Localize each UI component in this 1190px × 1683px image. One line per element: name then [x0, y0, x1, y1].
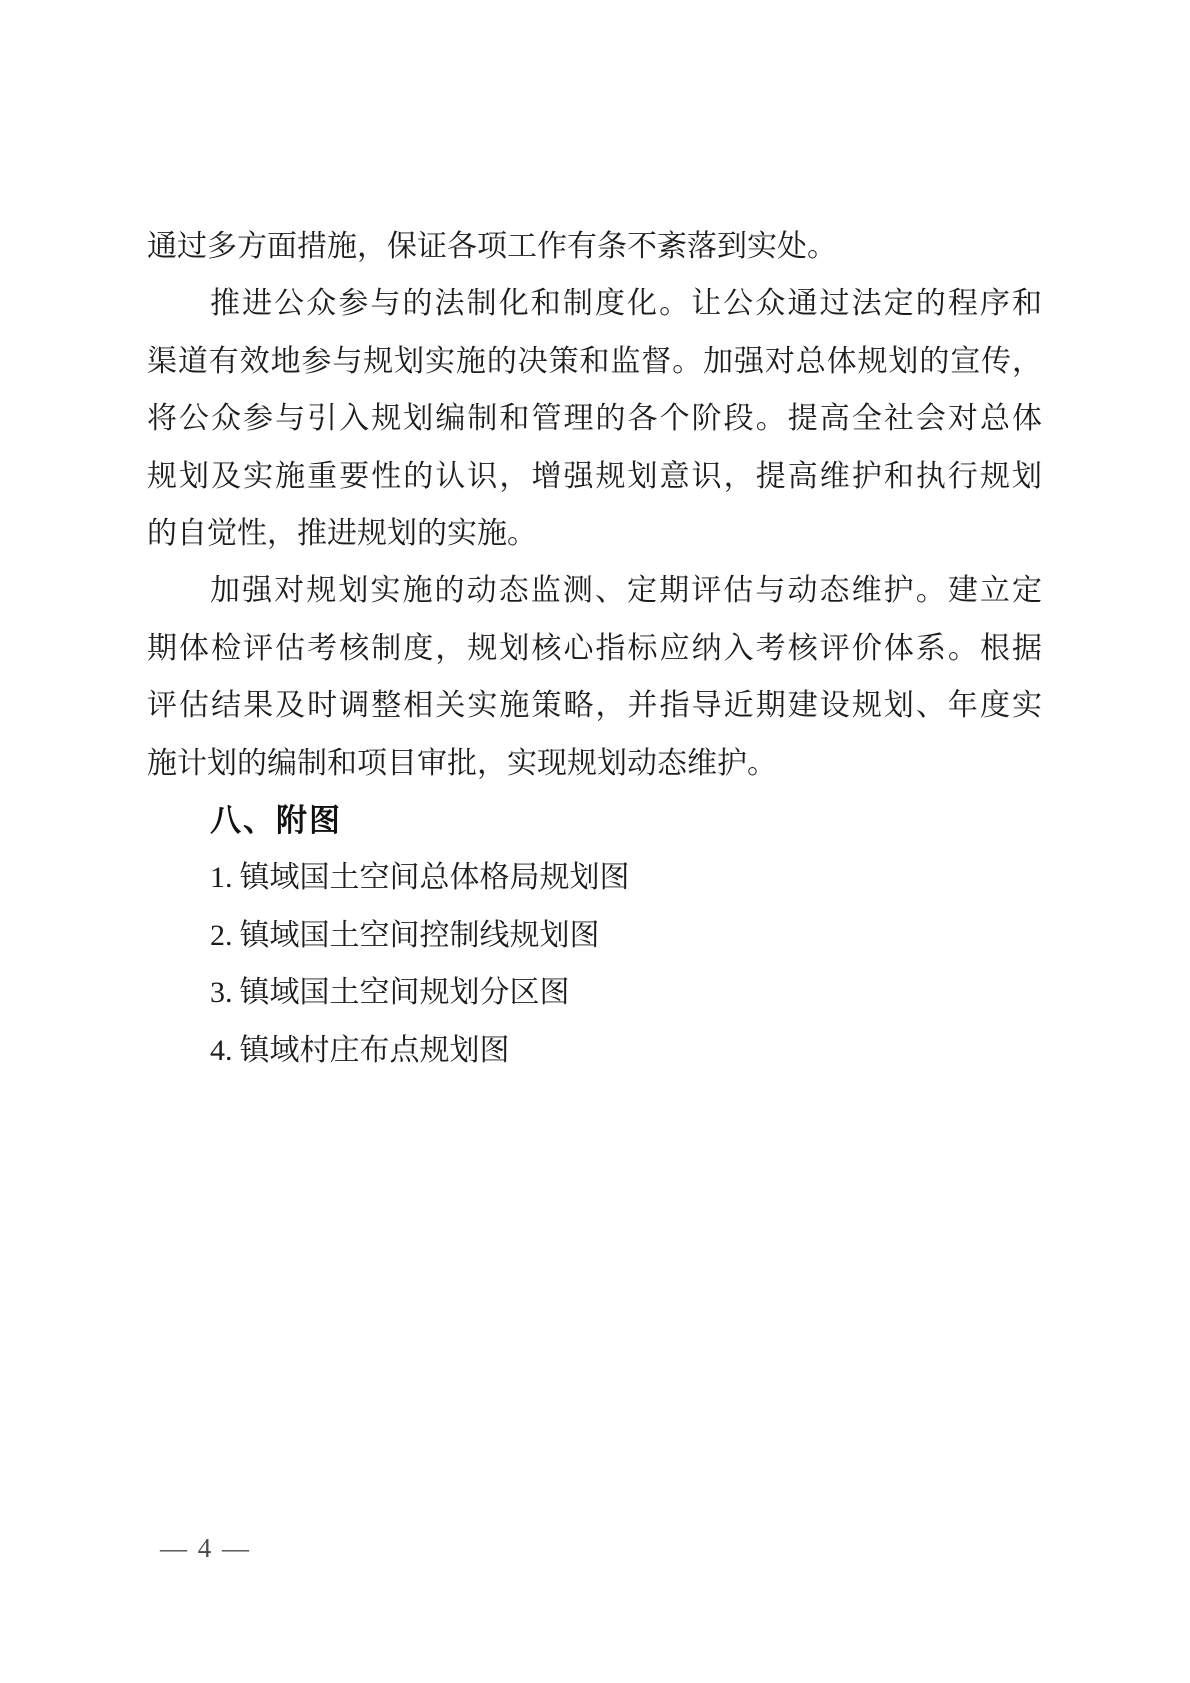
paragraph-line: 将公众参与引入规划编制和管理的各个阶段。提高全社会对总体 — [147, 390, 1042, 447]
paragraph-line: 评估结果及时调整相关实施策略，并指导近期建设规划、年度实 — [147, 677, 1042, 734]
paragraph-line: 推进公众参与的法制化和制度化。让公众通过法定的程序和 — [147, 275, 1042, 332]
paragraph-line: 期体检评估考核制度，规划核心指标应纳入考核评价体系。根据 — [147, 620, 1042, 677]
section-heading: 八、附图 — [147, 792, 1042, 849]
list-item: 2.镇域国土空间控制线规划图 — [147, 907, 1042, 964]
document-body: 通过多方面措施，保证各项工作有条不紊落到实处。 推进公众参与的法制化和制度化。让… — [147, 218, 1042, 1079]
paragraph-line: 规划及实施重要性的认识，增强规划意识，提高维护和执行规划 — [147, 448, 1042, 505]
paragraph-line: 的自觉性，推进规划的实施。 — [147, 505, 1042, 562]
list-item: 1.镇域国土空间总体格局规划图 — [147, 849, 1042, 906]
list-item-number: 3. — [210, 976, 233, 1009]
paragraph-line: 加强对规划实施的动态监测、定期评估与动态维护。建立定 — [147, 562, 1042, 619]
paragraph-line: 渠道有效地参与规划实施的决策和监督。加强对总体规划的宣传， — [147, 333, 1042, 390]
list-item: 4.镇域村庄布点规划图 — [147, 1022, 1042, 1079]
list-item-number: 1. — [210, 861, 233, 894]
list-item-number: 2. — [210, 919, 233, 952]
list-item: 3.镇域国土空间规划分区图 — [147, 964, 1042, 1021]
list-item-label: 镇域国土空间总体格局规划图 — [240, 861, 630, 894]
list-item-label: 镇域村庄布点规划图 — [240, 1034, 510, 1067]
list-item-label: 镇域国土空间规划分区图 — [240, 976, 570, 1009]
document-page: 通过多方面措施，保证各项工作有条不紊落到实处。 推进公众参与的法制化和制度化。让… — [0, 0, 1190, 1683]
list-item-label: 镇域国土空间控制线规划图 — [240, 919, 600, 952]
paragraph-line: 通过多方面措施，保证各项工作有条不紊落到实处。 — [147, 218, 1042, 275]
list-item-number: 4. — [210, 1034, 233, 1067]
paragraph-line: 施计划的编制和项目审批，实现规划动态维护。 — [147, 735, 1042, 792]
page-number: — 4 — — [160, 1532, 251, 1564]
